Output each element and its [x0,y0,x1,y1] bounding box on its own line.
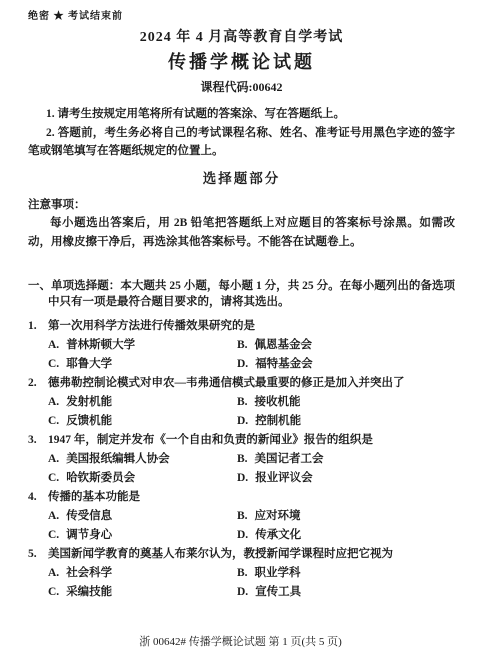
course-code-label: 课程代码: [201,80,253,94]
option-d: D.福特基金会 [237,355,455,374]
question-5-stem-row: 5. 美国新闻学教育的奠基人布莱尔认为，教授新闻学课程时应把它视为 [28,545,455,564]
option-text: 宣传工具 [255,586,301,598]
option-text: 控制机能 [255,415,301,427]
option-text: 报业评议会 [255,472,313,484]
question-4-options: A.传受信息 B.应对环境 C.调节身心 D.传承文化 [28,507,455,545]
question-5-options: A.社会科学 B.职业学科 C.采编技能 D.宣传工具 [28,564,455,602]
option-b: B.接收机能 [237,393,455,412]
option-text: 应对环境 [255,510,301,522]
option-label: D. [237,358,248,370]
notice-body: 每小题选出答案后，用 2B 铅笔把答题纸上对应题目的答案标号涂黑。如需改动，用橡… [28,214,455,252]
option-text: 社会科学 [66,567,112,579]
exam-paper-page: 绝密 ★ 考试结束前 2024 年 4 月高等教育自学考试 传播学概论试题 课程… [0,0,481,665]
option-d: D.控制机能 [237,412,455,431]
option-label: D. [237,472,248,484]
option-text: 职业学科 [255,567,301,579]
candidate-instructions: 1. 请考生按规定用笔将所有试题的答案涂、写在答题纸上。 2. 答题前，考生务必… [28,105,455,161]
question-number: 5. [28,545,48,564]
paper-title: 传播学概论试题 [28,50,455,74]
option-label: D. [237,529,248,541]
option-text: 调节身心 [66,529,112,541]
question-4-stem-row: 4. 传播的基本功能是 [28,488,455,507]
option-c: C.哈钦斯委员会 [48,469,237,488]
question-3: 3. 1947 年，制定并发布《一个自由和负责的新闻业》报告的组织是 A.美国报… [28,431,455,488]
option-label: C. [48,415,59,427]
option-c: C.耶鲁大学 [48,355,237,374]
option-label: C. [48,472,59,484]
option-a: A.普林斯顿大学 [48,336,237,355]
question-stem: 德弗勒控制论模式对申农—韦弗通信模式最重要的修正是加入并突出了 [48,374,455,393]
question-5: 5. 美国新闻学教育的奠基人布莱尔认为，教授新闻学课程时应把它视为 A.社会科学… [28,545,455,602]
option-b: B.佩恩基金会 [237,336,455,355]
question-number: 4. [28,488,48,507]
option-a: A.美国报纸编辑人协会 [48,450,237,469]
question-3-stem-row: 3. 1947 年，制定并发布《一个自由和负责的新闻业》报告的组织是 [28,431,455,450]
question-number: 1. [28,317,48,336]
question-1-stem-row: 1. 第一次用科学方法进行传播效果研究的是 [28,317,455,336]
option-text: 发射机能 [66,396,112,408]
option-b: B.职业学科 [237,564,455,583]
option-label: C. [48,586,59,598]
course-code-line: 课程代码:00642 [28,79,455,95]
option-text: 佩恩基金会 [255,339,313,351]
option-text: 耶鲁大学 [66,358,112,370]
option-d: D.传承文化 [237,526,455,545]
question-4: 4. 传播的基本功能是 A.传受信息 B.应对环境 C.调节身心 D.传承文化 [28,488,455,545]
option-label: A. [48,453,59,465]
option-label: B. [237,567,248,579]
option-label: B. [237,510,248,522]
option-text: 接收机能 [255,396,301,408]
option-text: 传承文化 [255,529,301,541]
option-label: A. [48,396,59,408]
instruction-item-1: 1. 请考生按规定用笔将所有试题的答案涂、写在答题纸上。 [28,105,455,124]
option-text: 哈钦斯委员会 [66,472,135,484]
option-label: A. [48,339,59,351]
option-label: C. [48,529,59,541]
question-number: 2. [28,374,48,393]
option-a: A.社会科学 [48,564,237,583]
option-text: 反馈机能 [66,415,112,427]
question-number: 3. [28,431,48,450]
option-b: B.应对环境 [237,507,455,526]
question-2-options: A.发射机能 B.接收机能 C.反馈机能 D.控制机能 [28,393,455,431]
question-stem: 1947 年，制定并发布《一个自由和负责的新闻业》报告的组织是 [48,431,455,450]
section-part-title: 选择题部分 [28,170,455,188]
option-a: A.传受信息 [48,507,237,526]
question-1: 1. 第一次用科学方法进行传播效果研究的是 A.普林斯顿大学 B.佩恩基金会 C… [28,317,455,374]
option-d: D.宣传工具 [237,583,455,602]
mc-section-header: 一、单项选择题：本大题共 25 小题，每小题 1 分，共 25 分。在每小题列出… [28,278,455,311]
option-text: 普林斯顿大学 [66,339,135,351]
classification-label: 绝密 ★ 考试结束前 [28,10,455,23]
question-2-stem-row: 2. 德弗勒控制论模式对申农—韦弗通信模式最重要的修正是加入并突出了 [28,374,455,393]
question-stem: 美国新闻学教育的奠基人布莱尔认为，教授新闻学课程时应把它视为 [48,545,455,564]
option-text: 传受信息 [66,510,112,522]
option-c: C.反馈机能 [48,412,237,431]
question-stem: 第一次用科学方法进行传播效果研究的是 [48,317,455,336]
option-c: C.采编技能 [48,583,237,602]
option-label: D. [237,415,248,427]
question-2: 2. 德弗勒控制论模式对申农—韦弗通信模式最重要的修正是加入并突出了 A.发射机… [28,374,455,431]
option-label: D. [237,586,248,598]
instruction-item-2: 2. 答题前，考生务必将自己的考试课程名称、姓名、准考证号用黑色字迹的签字笔或钢… [28,124,455,161]
question-3-options: A.美国报纸编辑人协会 B.美国记者工会 C.哈钦斯委员会 D.报业评议会 [28,450,455,488]
option-label: C. [48,358,59,370]
option-a: A.发射机能 [48,393,237,412]
option-text: 采编技能 [66,586,112,598]
option-text: 美国报纸编辑人协会 [66,453,170,465]
question-1-options: A.普林斯顿大学 B.佩恩基金会 C.耶鲁大学 D.福特基金会 [28,336,455,374]
option-c: C.调节身心 [48,526,237,545]
option-text: 福特基金会 [255,358,313,370]
option-b: B.美国记者工会 [237,450,455,469]
exam-title: 2024 年 4 月高等教育自学考试 [28,28,455,47]
page-footer: 浙 00642# 传播学概论试题 第 1 页(共 5 页) [0,635,481,649]
option-d: D.报业评议会 [237,469,455,488]
notice-label: 注意事项： [28,196,455,214]
option-label: A. [48,510,59,522]
option-label: B. [237,339,248,351]
option-label: B. [237,396,248,408]
option-label: A. [48,567,59,579]
course-code-value: 00642 [253,80,283,94]
questions-list: 1. 第一次用科学方法进行传播效果研究的是 A.普林斯顿大学 B.佩恩基金会 C… [28,317,455,602]
option-text: 美国记者工会 [255,453,324,465]
question-stem: 传播的基本功能是 [48,488,455,507]
option-label: B. [237,453,248,465]
